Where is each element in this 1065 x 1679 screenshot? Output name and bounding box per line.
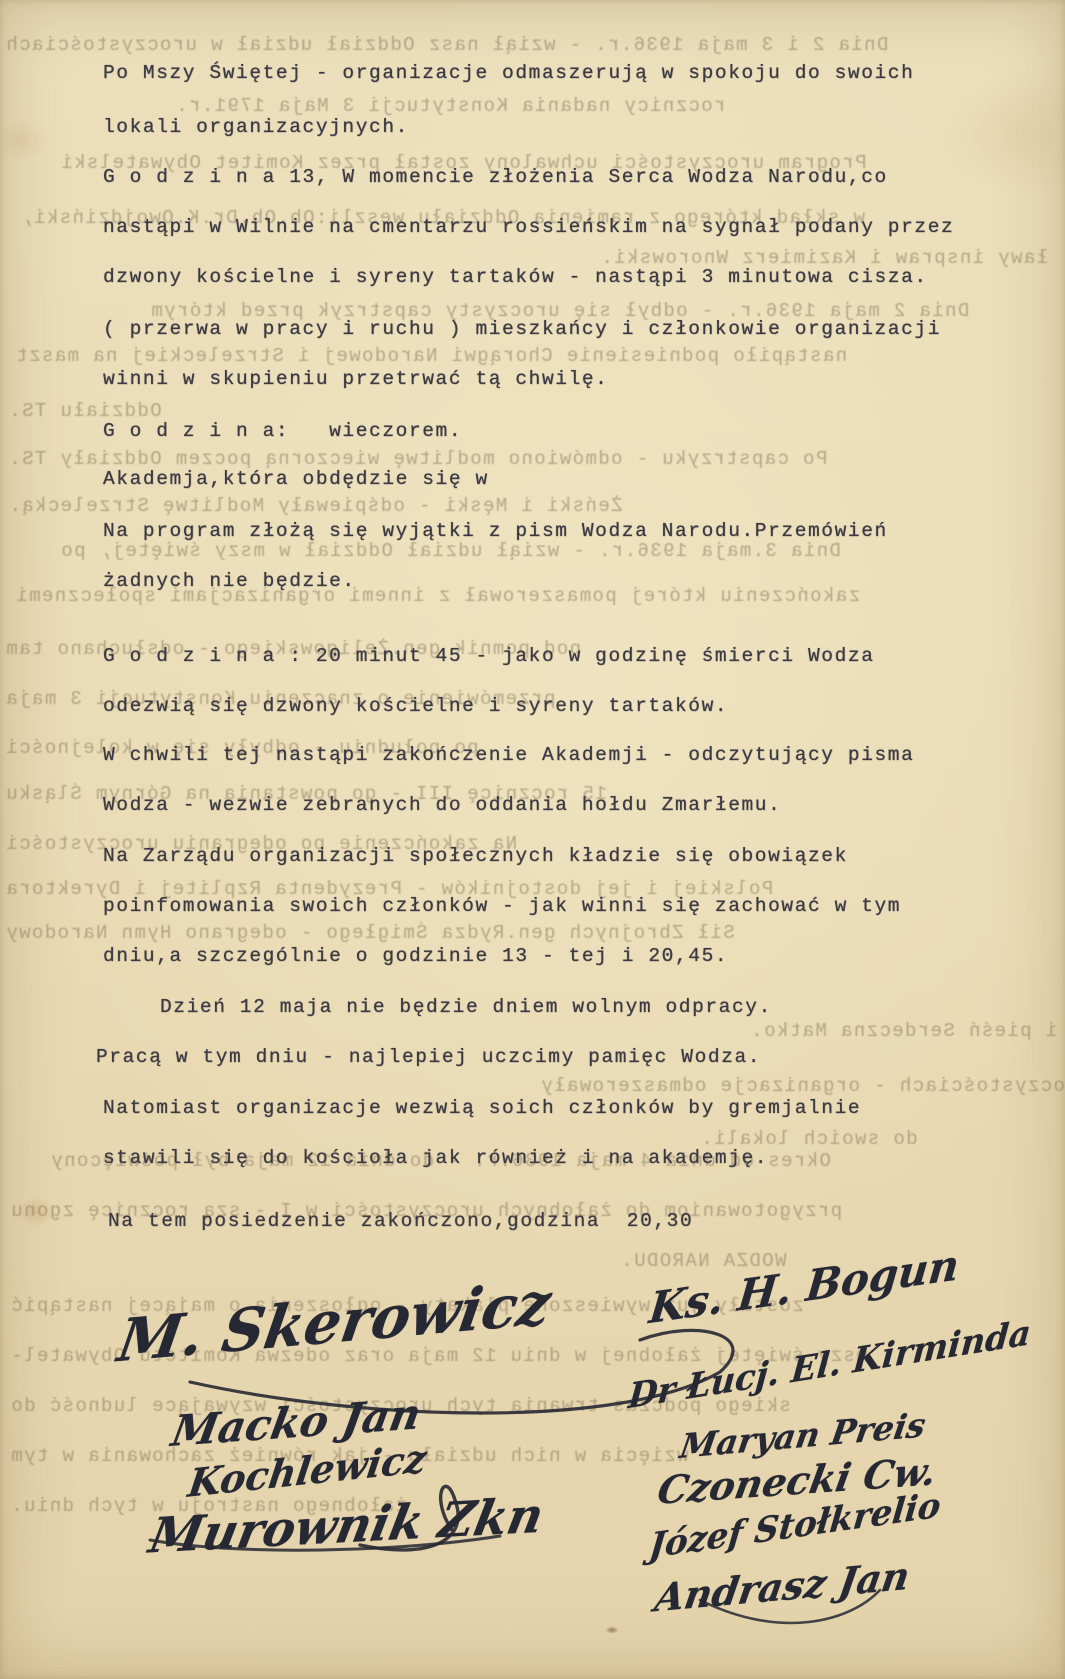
typed-line: Na Zarządu organizacji społecznych kładz… (103, 845, 848, 867)
typed-line: stawili się do kościoła jak również i na… (103, 1147, 768, 1169)
typed-line: W chwili tej nastąpi zakończenie Akademj… (103, 744, 914, 766)
typed-line: G o d z i n a: wieczorem. (103, 420, 462, 442)
typed-line: Na program złożą się wyjątki z pism Wodz… (103, 520, 888, 542)
typed-line: dzwony kościelne i syreny tartaków - nas… (103, 266, 928, 288)
bleedthrough-line: Po tych uroczystościach - organizacje od… (540, 1075, 1065, 1097)
typed-line: ( przerwa w pracy i ruchu ) mieszkańcy i… (103, 318, 941, 340)
typed-line: lokali organizacyjnych. (103, 116, 409, 138)
typed-line: Wodza - wezwie zebranych do oddania hołd… (103, 794, 781, 816)
bleedthrough-line: Po capstrzyku - odmówiono modlitwę wiecz… (8, 448, 827, 470)
typed-line: G o d z i n a : 20 minut 45 - jako w god… (103, 645, 875, 667)
bleedthrough-line: rocznicy nadania Konstytucji 3 Maja 1791… (175, 95, 725, 117)
typed-line: nastąpi w Wilnie na cmentarzu rossieński… (103, 216, 954, 238)
bleedthrough-line: Sił Zbrojnych gen.Rydza Śmigłego - odegr… (5, 922, 735, 944)
typed-line: winni w skupieniu przetrwać tą chwilę. (103, 368, 608, 390)
bleedthrough-line: i pieśń Serdeczna Matko. (750, 1020, 1057, 1042)
typed-line: poinfomowania swoich członków - jak winn… (103, 895, 901, 917)
typed-line: żadnych nie będzie. (103, 570, 356, 592)
typed-line: Pracą w tym dniu - najlepiej uczcimy pam… (96, 1046, 761, 1068)
bleedthrough-line: Żeński i Męski - odśpiewały Modlitwę Str… (8, 495, 623, 517)
bleedthrough-line: Dnia 2 i 3 maja 1936.r. - wziął nasz Odd… (5, 34, 888, 56)
typed-line: Natomiast organizacje wezwią soich człon… (103, 1097, 861, 1119)
bleedthrough-line: Oddziału TS. (8, 400, 162, 422)
typed-line: Akademja,która obdędzie się w (103, 468, 489, 490)
typed-line: Na tem posiedzenie zakończono,godzina 20… (108, 1210, 693, 1232)
typed-line: G o d z i n a 13, W momencie złożenia Se… (103, 166, 888, 188)
bleedthrough-line: nastąpiło podniesienie Chorągwi Narodowe… (15, 345, 847, 367)
typed-line: odezwią się dzwony kościelne i syreny ta… (103, 695, 728, 717)
scanned-document-page: { "document": { "kind": "scanned typewri… (0, 0, 1065, 1679)
typed-line: Po Mszy Świętej - organizacje odmaszeruj… (103, 62, 914, 84)
typed-line: dniu,a szczególnie o godzinie 13 - tej i… (103, 945, 728, 967)
bleedthrough-line: Dnia 3.maja 1936.r. - wziął udział Oddzi… (60, 540, 841, 562)
typed-line: Dzień 12 maja nie będzie dniem wolnym od… (160, 996, 772, 1018)
handwritten-signature-right-6: Andrasz Jan (652, 1552, 913, 1620)
